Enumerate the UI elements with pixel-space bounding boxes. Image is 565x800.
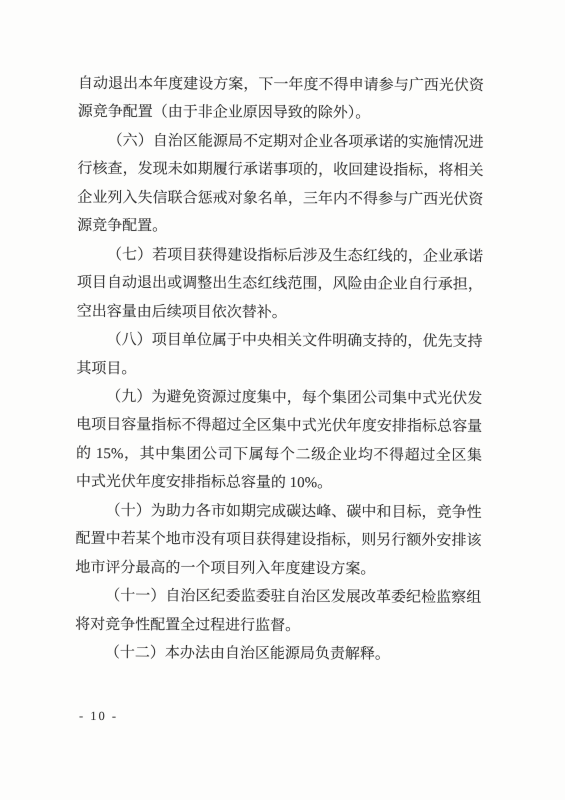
paragraph: （十一）自治区纪委监委驻自治区发展改革委纪检监察组将对竞争性配置全过程进行监督。 — [75, 582, 481, 641]
paragraph: （八）项目单位属于中央相关文件明确支持的，优先支持其项目。 — [76, 326, 482, 385]
document-page: 自动退出本年度建设方案，下一年度不得申请参与广西光伏资源竞争配置（由于非企业原因… — [0, 0, 565, 800]
body-text: 自动退出本年度建设方案，下一年度不得申请参与广西光伏资源竞争配置（由于非企业原因… — [75, 70, 484, 670]
paragraph: （十）为助力各市如期完成碳达峰、碳中和目标，竞争性配置中若某个地市没有项目获得建… — [75, 497, 481, 584]
paragraph: （七）若项目获得建设指标后涉及生态红线的，企业承诺项目自动退出或调整出生态红线范… — [77, 241, 483, 328]
paragraph: （十二）本办法由自治区能源局负责解释。 — [75, 639, 481, 670]
paragraph: （六）自治区能源局不定期对企业各项承诺的实施情况进行核查，发现未如期履行承诺事项… — [77, 127, 484, 243]
paragraph: 自动退出本年度建设方案，下一年度不得申请参与广西光伏资源竞争配置（由于非企业原因… — [78, 70, 484, 129]
page-number: - 10 - — [79, 709, 118, 724]
paragraph: （九）为避免资源过度集中，每个集团公司集中式光伏发电项目容量指标不得超过全区集中… — [76, 383, 483, 499]
